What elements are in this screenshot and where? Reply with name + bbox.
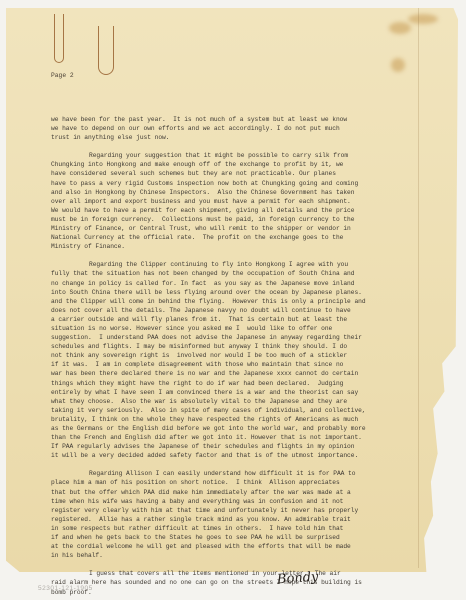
- paragraph: we have been for the past year. It is no…: [51, 115, 431, 142]
- text-line: what they choose. Also the war is absolu…: [51, 397, 431, 406]
- text-line: if it was. I am in complete disagreement…: [51, 360, 431, 369]
- text-line: in some respects but rather difficult at…: [51, 524, 431, 533]
- paragraph: I guess that covers all the items mentio…: [51, 569, 431, 596]
- water-stain: [391, 58, 405, 72]
- text-line: and also in Hongkong by Chinese Inspecto…: [51, 188, 431, 197]
- text-line: have considered several such schemes but…: [51, 169, 431, 178]
- text-line: raid alarm here has sounded and no one c…: [51, 578, 431, 587]
- text-line: suggestion. I understand PAA does not ad…: [51, 333, 431, 342]
- text-line: taking it very seriously. Also in spite …: [51, 406, 431, 415]
- text-line: into South China there will be less flyi…: [51, 288, 431, 297]
- text-line: Chungking into Hongkong and make enough …: [51, 160, 431, 169]
- paperclip-mark: [54, 14, 64, 63]
- text-line: we have been for the past year. It is no…: [51, 115, 431, 124]
- text-line: bomb proof.: [51, 588, 431, 597]
- text-line: war has been there declared there is no …: [51, 369, 431, 378]
- text-line: If PAA regularly advises the Japanese of…: [51, 442, 431, 451]
- page-number: Page 2: [51, 72, 74, 79]
- text-line: schedules and flights. I may be misinfor…: [51, 342, 431, 351]
- text-line: must be in foreign currency. Collections…: [51, 215, 431, 224]
- paperclip-mark: [98, 26, 114, 75]
- paragraph: Regarding your suggestion that it might …: [51, 151, 431, 251]
- text-line: things which they might have the right t…: [51, 379, 431, 388]
- text-line: We would have to have a permit for each …: [51, 206, 431, 215]
- text-line: trust in anything else just now.: [51, 133, 431, 142]
- text-line: no change in policy is called for. In fa…: [51, 279, 431, 288]
- text-line: fully that the situation has not been ch…: [51, 269, 431, 278]
- water-stain: [389, 22, 411, 34]
- text-line: in his behalf.: [51, 551, 431, 560]
- paragraph: Regarding Allison I can easily understan…: [51, 469, 431, 560]
- text-line: registered. Allie has a rather single tr…: [51, 515, 431, 524]
- text-line: at the cordial welcome he will get and p…: [51, 542, 431, 551]
- text-line: Regarding the Clipper continuing to fly …: [51, 260, 431, 269]
- text-line: Regarding Allison I can easily understan…: [51, 469, 431, 478]
- text-line: does not cover all the details. The Japa…: [51, 306, 431, 315]
- text-line: than the French and English did after we…: [51, 433, 431, 442]
- signature: Bondy: [277, 570, 319, 588]
- text-line: as the Germans or the English did before…: [51, 424, 431, 433]
- text-line: place him a man of his position on short…: [51, 478, 431, 487]
- text-line: we have to depend on our own efforts and…: [51, 124, 431, 133]
- paragraph: Regarding the Clipper continuing to fly …: [51, 260, 431, 460]
- water-stain: [408, 14, 438, 24]
- letter-body: we have been for the past year. It is no…: [51, 115, 431, 600]
- text-line: National Currency at the official rate. …: [51, 233, 431, 242]
- text-line: Regarding your suggestion that it might …: [51, 151, 431, 160]
- text-line: Ministry of Finance, or Central Trust, w…: [51, 224, 431, 233]
- text-line: entirely by what I have seen I am convin…: [51, 388, 431, 397]
- text-line: brutality, I think on the whole they hav…: [51, 415, 431, 424]
- text-line: I guess that covers all the items mentio…: [51, 569, 431, 578]
- text-line: a carrier outside and will fly planes fr…: [51, 315, 431, 324]
- text-line: have to pass a very rigid Customs inspec…: [51, 179, 431, 188]
- text-line: situation is no worse. However since you…: [51, 324, 431, 333]
- text-line: and the Clipper will come in behind the …: [51, 297, 431, 306]
- text-line: register very clearly with him at that t…: [51, 506, 431, 515]
- text-line: Ministry of Finance.: [51, 242, 431, 251]
- text-line: it will be a very decided added safety f…: [51, 451, 431, 460]
- archive-stamp: 52301-121-1905: [38, 585, 93, 592]
- text-line: not think any sovereign right is involve…: [51, 351, 431, 360]
- text-line: time when his wife was having a baby and…: [51, 497, 431, 506]
- text-line: over all import and export business and …: [51, 197, 431, 206]
- text-line: that but the offer which PAA did make hi…: [51, 488, 431, 497]
- text-line: if and when he gets back to the States h…: [51, 533, 431, 542]
